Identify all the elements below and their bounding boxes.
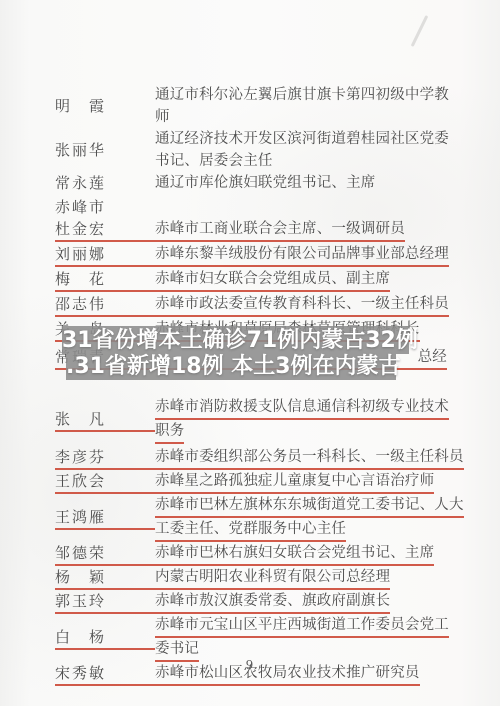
person-name: 王欣会 [55,470,155,494]
scanned-document-page: 明 霞通辽市科尔沁左翼后旗甘旗卡第四初级中学教师张丽华通辽经济技术开发区滨河街道… [0,0,500,706]
title-line: 赤峰市工商业联合会主席、一级调研员 [155,218,405,242]
title-line: 总经 [155,346,447,370]
title-line: 赤峰市林业和草原局森林草原管理科科长 [155,318,420,342]
title-cell: 通辽市科尔沁左翼后旗甘旗卡第四初级中学教师 [155,84,455,128]
table-row: 常永莲通辽市库伦旗妇联党组书记、主席 [55,172,455,194]
title-line: 赤峰市元宝山区平庄西城街道工作委员会党工 [155,614,449,638]
title-cell: 通辽经济技术开发区滨河街道碧桂园社区党委书记、居委会主任 [155,128,455,172]
table-row: 王欣会赤峰星之路孤独症儿童康复中心言语治疗师 [55,470,455,494]
table-section-row: 赤峰市 [55,196,455,218]
person-name: 关 岛 [55,318,155,342]
title-cell: 赤峰市敖汉旗委常委、旗政府副旗长 [155,590,455,614]
title-cell: 赤峰市林业和草原局森林草原管理科科长 [155,318,455,342]
table-row: 常瑞青总经 [55,346,455,370]
title-cell: 总经 [155,346,447,370]
table-row: 邵志伟赤峰市政法委宣传教育科科长、一级主任科员 [55,293,455,317]
person-name: 杜金宏 [55,218,155,242]
award-list-table: 明 霞通辽市科尔沁左翼后旗甘旗卡第四初级中学教师张丽华通辽经济技术开发区滨河街道… [55,84,455,686]
title-cell: 赤峰市妇女联合会党组成员、副主席 [155,268,455,292]
title-line: 赤峰市政法委宣传教育科科长、一级主任科员 [155,293,449,317]
title-line: 赤峰星之路孤独症儿童康复中心言语治疗师 [155,470,434,494]
person-name: 梅 花 [55,268,155,292]
table-row: 张 凡赤峰市消防救援支队信息通信科初级专业技术职务 [55,396,455,444]
person-name: 张 凡 [55,408,155,432]
title-line: 赤峰东黎羊绒股份有限公司品牌事业部总经理 [155,243,449,267]
title-cell: 通辽市库伦旗妇联党组书记、主席 [155,172,455,194]
person-name: 邵志伟 [55,293,155,317]
title-line: 赤峰市巴林右旗妇女联合会党组书记、主席 [155,542,434,566]
title-line: 通辽市库伦旗妇联党组书记、主席 [155,172,376,194]
title-cell: 内蒙古明阳农业科贸有限公司总经理 [155,566,455,590]
title-cell: 赤峰市元宝山区平庄西城街道工作委员会党工委书记 [155,614,455,662]
table-row: 杨 颖内蒙古明阳农业科贸有限公司总经理 [55,566,455,590]
person-name: 常瑞青 [55,346,155,370]
title-line: 职务 [155,420,184,444]
table-row: 白 杨赤峰市元宝山区平庄西城街道工作委员会党工委书记 [55,614,455,662]
person-name: 李彦芬 [55,446,155,470]
person-name: 郭玉玲 [55,590,155,614]
person-name: 张丽华 [55,139,155,161]
table-row: 张丽华通辽经济技术开发区滨河街道碧桂园社区党委书记、居委会主任 [55,128,455,172]
title-cell: 赤峰市巴林右旗妇女联合会党组书记、主席 [155,542,455,566]
person-name: 刘丽娜 [55,243,155,267]
person-name: 杨 颖 [55,566,155,590]
title-line: 师 [155,106,170,128]
person-name: 王鸿雁 [55,506,155,530]
page-number: 9 [0,658,500,672]
title-cell: 赤峰市消防救援支队信息通信科初级专业技术职务 [155,396,455,444]
title-cell: 赤峰市政法委宣传教育科科长、一级主任科员 [155,293,455,317]
title-cell: 赤峰市巴林左旗林东东城街道党工委书记、人大工委主任、党群服务中心主任 [155,494,455,542]
title-line: 内蒙古明阳农业科贸有限公司总经理 [155,566,390,590]
title-cell: 赤峰星之路孤独症儿童康复中心言语治疗师 [155,470,455,494]
title-line: 通辽经济技术开发区滨河街道碧桂园社区党委 [155,128,449,150]
table-row: 邹德荣赤峰市巴林右旗妇女联合会党组书记、主席 [55,542,455,566]
table-row: 关 岛赤峰市林业和草原局森林草原管理科科长 [55,318,455,342]
section-label: 赤峰市 [55,196,355,218]
title-line: 赤峰市消防救援支队信息通信科初级专业技术 [155,396,449,420]
person-name: 常永莲 [55,172,155,194]
title-line: 赤峰市委组织部公务员一科科长、一级主任科员 [155,446,464,470]
person-name: 邹德荣 [55,542,155,566]
title-cell: 赤峰市委组织部公务员一科科长、一级主任科员 [155,446,455,470]
title-cell: 赤峰东黎羊绒股份有限公司品牌事业部总经理 [155,243,455,267]
title-line: 通辽市科尔沁左翼后旗甘旗卡第四初级中学教 [155,84,449,106]
title-line: 赤峰市敖汉旗委常委、旗政府副旗长 [155,590,390,614]
table-row: 明 霞通辽市科尔沁左翼后旗甘旗卡第四初级中学教师 [55,84,455,128]
title-line: 书记、居委会主任 [155,150,273,172]
title-line: 工委主任、党群服务中心主任 [155,518,346,542]
title-line: 赤峰市巴林左旗林东东城街道党工委书记、人大 [155,494,464,518]
table-row: 刘丽娜赤峰东黎羊绒股份有限公司品牌事业部总经理 [55,243,455,267]
title-line: 赤峰市妇女联合会党组成员、副主席 [155,268,390,292]
table-row: 王鸿雁赤峰市巴林左旗林东东城街道党工委书记、人大工委主任、党群服务中心主任 [55,494,455,542]
table-row: 梅 花赤峰市妇女联合会党组成员、副主席 [55,268,455,292]
table-row: 郭玉玲赤峰市敖汉旗委常委、旗政府副旗长 [55,590,455,614]
person-name: 白 杨 [55,626,155,650]
person-name: 明 霞 [55,95,155,117]
scan-smudge-mark [411,15,429,47]
table-row: 杜金宏赤峰市工商业联合会主席、一级调研员 [55,218,455,242]
title-cell: 赤峰市工商业联合会主席、一级调研员 [155,218,455,242]
table-row: 李彦芬赤峰市委组织部公务员一科科长、一级主任科员 [55,446,455,470]
